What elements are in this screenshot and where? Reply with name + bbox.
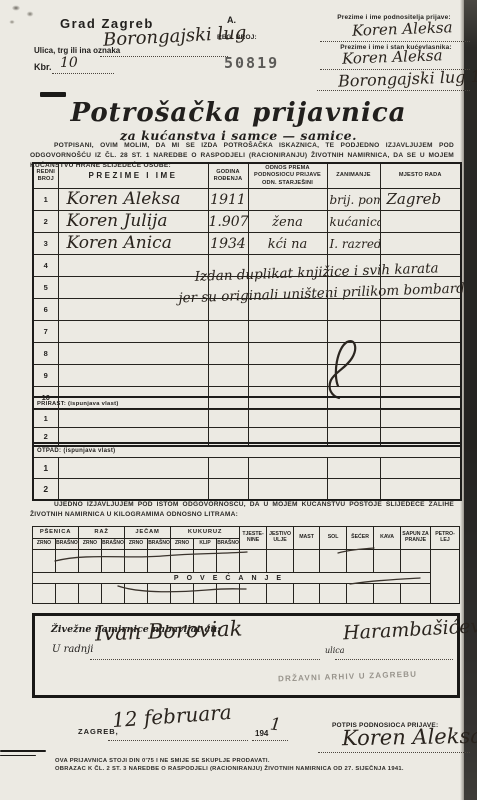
supplies-table: PŠENICA RAŽ JEČAM KUKURUZ TJESTE-NINE JE… bbox=[32, 526, 460, 604]
sub-brasno: BRAŠNO bbox=[56, 539, 79, 550]
member-name: Koren Julija bbox=[67, 211, 168, 231]
col-secer: ŠEĆER bbox=[347, 527, 374, 550]
member-occupation-cell: I. razreda bbox=[327, 233, 380, 255]
archive-stamp: DRŽAVNI ARHIV U ZAGREBU bbox=[278, 670, 417, 684]
sub-brasno: BRAŠNO bbox=[148, 539, 171, 550]
shop-dotted-line bbox=[90, 659, 320, 660]
house-number-label: Kbr. bbox=[34, 62, 52, 72]
member-occupation-cell: kućanica bbox=[327, 211, 380, 233]
fine-print-line-2: OBRAZAC K ČL. 2 ST. 3 NAREDBE O RASPODJE… bbox=[55, 766, 404, 772]
col-jestivo-ulje: JESTIVO ULJE bbox=[267, 527, 294, 550]
member-relation: kći na bbox=[268, 237, 308, 252]
landlord-address-dotted-line bbox=[317, 90, 470, 91]
margin-rule-mark bbox=[0, 755, 36, 756]
member-year-cell: 1.907 bbox=[208, 211, 248, 233]
house-number-dotted-line bbox=[52, 73, 114, 74]
member-row: 8 bbox=[33, 343, 461, 365]
member-name: Koren Anica bbox=[67, 233, 172, 253]
signature-handwritten: Koren Aleksa bbox=[342, 726, 477, 749]
prirast-section: PRIRAST: (ispunjava vlast) 1 2 bbox=[32, 396, 460, 447]
otpad-row: 1 bbox=[33, 458, 461, 479]
col-header-godina: GODINA ROĐENJA bbox=[208, 163, 248, 189]
col-header-redni-broj: REDNI BROJ bbox=[33, 163, 58, 189]
row-number: 4 bbox=[33, 255, 58, 277]
reg-number-stamp: 50819 bbox=[224, 54, 279, 72]
member-year: 1911 bbox=[210, 192, 246, 208]
group-kukuruz: KUKURUZ bbox=[171, 527, 240, 539]
povecanje-row: POVEĆANJE bbox=[33, 573, 460, 584]
date-handwritten: 12 februara bbox=[111, 702, 232, 730]
member-relation: žena bbox=[272, 215, 303, 230]
member-year-cell: 1934 bbox=[208, 233, 248, 255]
member-occupation: brij. pomoć. bbox=[330, 193, 381, 207]
member-workplace: Zagreb bbox=[387, 190, 442, 208]
member-year: 1.907 bbox=[209, 214, 249, 230]
shop-street-handwritten: Harambašićeva 1 bbox=[343, 616, 477, 644]
group-psenica: PŠENICA bbox=[33, 527, 79, 539]
col-header-mjesto-rada: MJESTO RADA bbox=[380, 163, 461, 189]
shop-name-handwritten: Ivan Boroviak bbox=[95, 618, 243, 644]
members-header-row: REDNI BROJ PREZIME I IME GODINA ROĐENJA … bbox=[33, 163, 461, 189]
row-number: 6 bbox=[33, 299, 58, 321]
row-number: 8 bbox=[33, 343, 58, 365]
year-handwritten: 1 bbox=[269, 716, 282, 734]
house-number-handwritten: 10 bbox=[60, 56, 78, 70]
member-name-cell: Koren Julija bbox=[58, 211, 208, 233]
sub-klip: KLIP bbox=[194, 539, 217, 550]
col-header-zanimanje: ZANIMANJE bbox=[327, 163, 380, 189]
otpad-section: OTPAD: (ispunjava vlast) 1 2 bbox=[32, 442, 460, 501]
form-title: Potrošačka prijavnica bbox=[0, 98, 477, 128]
row-number: 1 bbox=[33, 410, 58, 428]
col-sapun: SAPUN ZA PRANJE bbox=[401, 527, 431, 550]
col-petrolej: PETRO-LEJ bbox=[431, 527, 460, 550]
row-number: 2 bbox=[33, 479, 58, 501]
member-name-cell: Koren Anica bbox=[58, 233, 208, 255]
prirast-label-row: PRIRAST: (ispunjava vlast) bbox=[33, 397, 461, 410]
member-row: 2 Koren Julija 1.907 žena kućanica bbox=[33, 211, 461, 233]
col-header-odnos: ODNOS PREMA PODNOSIOCU PRIJAVE ODN. STAR… bbox=[248, 163, 327, 189]
sub-zrno: ZRNO bbox=[171, 539, 194, 550]
member-row: 3 Koren Anica 1934 kći na I. razreda bbox=[33, 233, 461, 255]
member-occupation: I. razreda bbox=[330, 237, 381, 251]
member-occupation-cell: brij. pomoć. bbox=[327, 189, 380, 211]
row-number: 1 bbox=[33, 189, 58, 211]
supplies-declaration: UJEDNO IZJAVLJUJEM POD ISTOM ODGOVORNOŠĆ… bbox=[30, 500, 454, 520]
margin-rule-mark bbox=[0, 750, 46, 752]
prirast-table: PRIRAST: (ispunjava vlast) 1 2 bbox=[32, 396, 462, 447]
row-number: 9 bbox=[33, 365, 58, 387]
crop-mark-left bbox=[40, 92, 66, 97]
purchase-box: Živežne namirnice nabavljat ću: U radnji… bbox=[32, 613, 460, 698]
col-kava: KAVA bbox=[374, 527, 401, 550]
group-raz: RAŽ bbox=[79, 527, 125, 539]
col-sol: SOL bbox=[320, 527, 347, 550]
landlord-address-handwritten: Borongajski lug 10 bbox=[338, 68, 477, 89]
date-dotted-line bbox=[108, 740, 248, 741]
shop-label: U radnji bbox=[52, 644, 94, 655]
member-workplace-cell: Zagreb bbox=[380, 189, 461, 211]
sub-zrno: ZRNO bbox=[79, 539, 102, 550]
otpad-table: OTPAD: (ispunjava vlast) 1 2 bbox=[32, 442, 462, 501]
sub-brasno: BRAŠNO bbox=[217, 539, 240, 550]
col-header-prezime-ime: PREZIME I IME bbox=[58, 163, 208, 189]
member-row: 9 bbox=[33, 365, 461, 387]
landlord-name-handwritten: Koren Aleksa bbox=[342, 48, 443, 66]
signature-dotted-line bbox=[318, 752, 470, 753]
member-occupation: kućanica bbox=[330, 215, 381, 229]
member-relation-cell: žena bbox=[248, 211, 327, 233]
otpad-row: 2 bbox=[33, 479, 461, 501]
col-mast: MAST bbox=[294, 527, 320, 550]
street-handwritten: Borongajski lug bbox=[103, 24, 247, 49]
scanned-form-page: { "header": { "city": "Grad Zagreb", "se… bbox=[0, 0, 477, 800]
shop-street-label: ulica bbox=[325, 646, 345, 655]
sub-brasno: BRAŠNO bbox=[102, 539, 125, 550]
sub-zrno: ZRNO bbox=[33, 539, 56, 550]
supplies-group-header-row: PŠENICA RAŽ JEČAM KUKURUZ TJESTE-NINE JE… bbox=[33, 527, 460, 539]
street-dotted-line bbox=[100, 56, 228, 57]
member-relation-cell bbox=[248, 189, 327, 211]
member-relation-cell: kći na bbox=[248, 233, 327, 255]
otpad-label-row: OTPAD: (ispunjava vlast) bbox=[33, 443, 461, 458]
year-dotted-line bbox=[252, 740, 288, 741]
prirast-label: PRIRAST: (ispunjava vlast) bbox=[33, 397, 461, 410]
supplies-entry-row bbox=[33, 584, 460, 604]
year-printed: 194 bbox=[255, 729, 268, 738]
shop-street-dotted-line bbox=[335, 659, 453, 660]
member-name-cell: Koren Aleksa bbox=[58, 189, 208, 211]
row-number: 2 bbox=[33, 211, 58, 233]
row-number: 7 bbox=[33, 321, 58, 343]
applicant-handwritten: Koren Aleksa bbox=[352, 20, 453, 38]
supplies-table-wrap: PŠENICA RAŽ JEČAM KUKURUZ TJESTE-NINE JE… bbox=[32, 526, 460, 604]
sub-zrno: ZRNO bbox=[125, 539, 148, 550]
applicant-dotted-line bbox=[320, 41, 470, 42]
supplies-entry-row bbox=[33, 550, 460, 573]
row-number: 1 bbox=[33, 458, 58, 479]
member-workplace-cell bbox=[380, 233, 461, 255]
otpad-label: OTPAD: (ispunjava vlast) bbox=[33, 443, 461, 458]
member-year-cell: 1911 bbox=[208, 189, 248, 211]
scan-smudge-top-left bbox=[4, 0, 40, 30]
row-number: 5 bbox=[33, 277, 58, 299]
member-year: 1934 bbox=[210, 236, 246, 252]
member-name: Koren Aleksa bbox=[67, 189, 181, 209]
member-row: 7 bbox=[33, 321, 461, 343]
member-row: 1 Koren Aleksa 1911 brij. pomoć. Zagreb bbox=[33, 189, 461, 211]
povecanje-label: POVEĆANJE bbox=[33, 573, 431, 584]
ink-flourish-mark bbox=[308, 336, 368, 400]
prirast-row: 1 bbox=[33, 410, 461, 428]
col-tjestenine: TJESTE-NINE bbox=[240, 527, 267, 550]
fine-print-line-1: OVA PRIJAVNICA STOJI DIN 0'75 I NE SMIJE… bbox=[55, 758, 270, 764]
row-number: 3 bbox=[33, 233, 58, 255]
member-workplace-cell bbox=[380, 211, 461, 233]
group-jecam: JEČAM bbox=[125, 527, 171, 539]
